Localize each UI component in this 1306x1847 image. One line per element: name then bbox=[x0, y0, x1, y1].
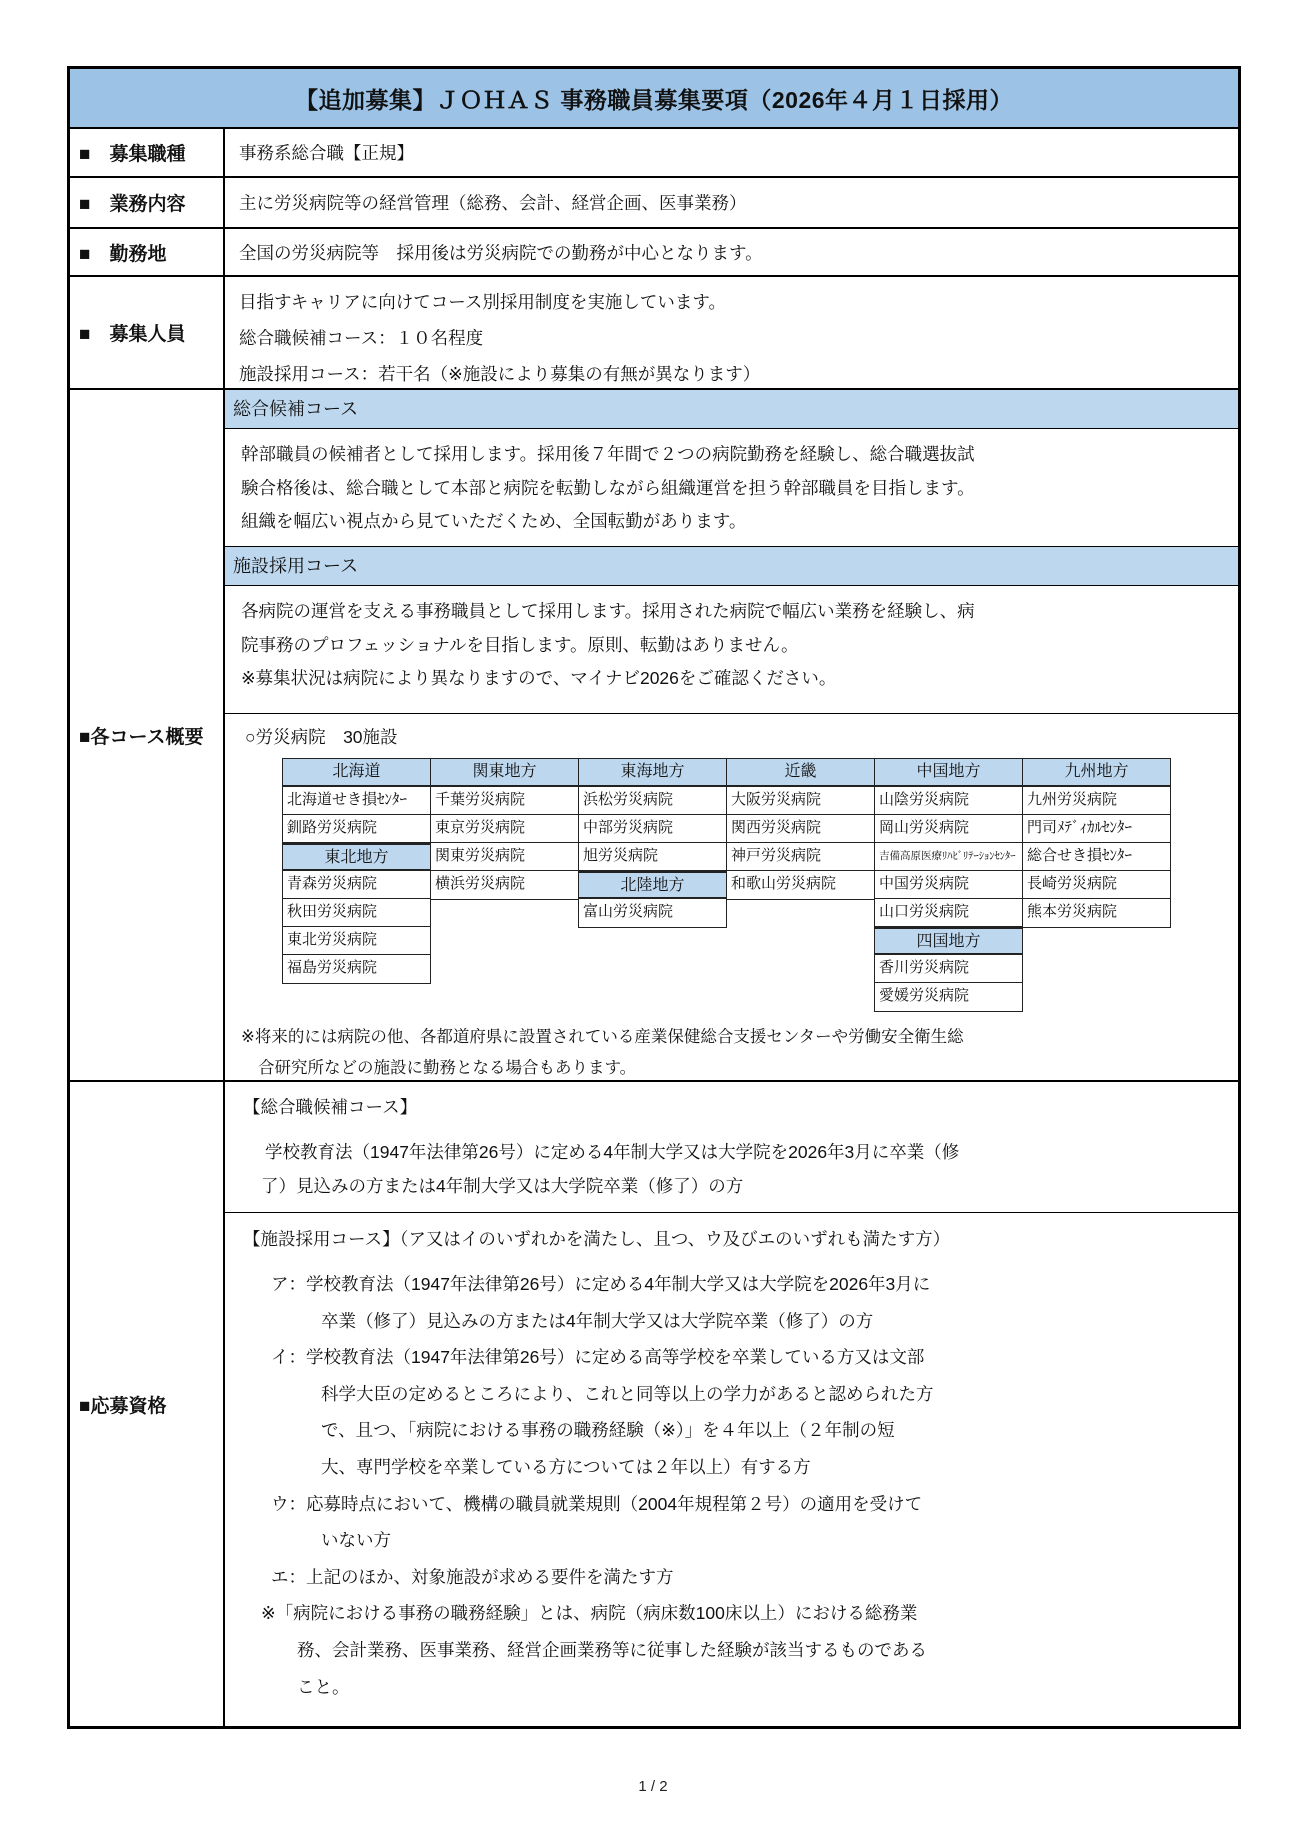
hospital-section: ○労災病院 30施設 北海道北海道せき損ｾﾝﾀｰ釧路労災病院東北地方青森労災病院… bbox=[225, 714, 1238, 1078]
hospital-cell: 富山労災病院 bbox=[579, 899, 726, 927]
sogo-course-paragraph: 幹部職員の候補者として採用します。採用後７年間で２つの病院勤務を経験し、総合職選… bbox=[225, 429, 1238, 547]
qual-sogo-lines: 学校教育法（1947年法律第26号）に定める4年制大学又は大学院を2026年3月… bbox=[225, 1135, 1238, 1203]
hospital-region-column: 北海道北海道せき損ｾﾝﾀｰ釧路労災病院東北地方青森労災病院秋田労災病院東北労災病… bbox=[282, 758, 431, 984]
qual-item-line: ウ：応募時点において、機構の職員就業規則（2004年規程第２号）の適用を受けて bbox=[225, 1486, 1238, 1523]
value-job-description: 主に労災病院等の経営管理（総務、会計、経営企画、医事業務） bbox=[225, 178, 1238, 227]
hospital-cell: 神戸労災病院 bbox=[727, 843, 874, 871]
qual-sogo-line: 了）見込みの方または4年制大学又は大学院卒業（修了）の方 bbox=[225, 1169, 1238, 1203]
document-title-bar: 【追加募集】ＪＯＨＡＳ 事務職員募集要項（2026年４月１日採用） bbox=[70, 69, 1238, 127]
region-header-cell: 東海地方 bbox=[579, 759, 726, 787]
label-work-location: ■ 勤務地 bbox=[70, 229, 225, 275]
qual-sogo-line: 学校教育法（1947年法律第26号）に定める4年制大学又は大学院を2026年3月… bbox=[225, 1135, 1238, 1169]
qual-sogo-section: 【総合職候補コース】 学校教育法（1947年法律第26号）に定める4年制大学又は… bbox=[225, 1082, 1238, 1213]
qual-item-line: エ：上記のほか、対象施設が求める要件を満たす方 bbox=[225, 1559, 1238, 1596]
hospital-table-caption: ○労災病院 30施設 bbox=[225, 722, 1238, 752]
qual-item-line: こと。 bbox=[225, 1669, 1238, 1706]
sogo-course-band: 総合候補コース bbox=[225, 390, 1238, 429]
shisetsu-course-line: 院事務のプロフェッショナルを目指します。原則、転勤はありません。 bbox=[241, 629, 1238, 663]
qual-item-line: 科学大臣の定めるところにより、これと同等以上の学力があると認められた方 bbox=[225, 1376, 1238, 1413]
qual-item-line: いない方 bbox=[225, 1522, 1238, 1559]
hospital-cell: 横浜労災病院 bbox=[431, 871, 578, 899]
hospital-cell: 北海道せき損ｾﾝﾀｰ bbox=[283, 787, 430, 815]
headcount-line: 目指すキャリアに向けてコース別採用制度を実施しています。 bbox=[225, 284, 1238, 320]
value-job-type: 事務系総合職【正規】 bbox=[225, 129, 1238, 176]
value-headcount: 目指すキャリアに向けてコース別採用制度を実施しています。総合職候補コース：１０名… bbox=[225, 277, 1238, 388]
hospital-cell: 旭労災病院 bbox=[579, 843, 726, 871]
hospital-note-line: ※将来的には病院の他、各都道府県に設置されている産業保健総合支援センターや労働安… bbox=[225, 1022, 1238, 1053]
qual-shisetsu-title: 【施設採用コース】（ア又はイのいずれかを満たし、且つ、ウ及びエのいずれも満たす方… bbox=[225, 1225, 1238, 1253]
qual-item-line: イ：学校教育法（1947年法律第26号）に定める高等学校を卒業している方又は文部 bbox=[225, 1339, 1238, 1376]
label-job-description: ■ 業務内容 bbox=[70, 178, 225, 227]
label-course-overview: ■各コース概要 bbox=[70, 390, 225, 1080]
qual-item-line: ※「病院における事務の職務経験」とは、病院（病床数100床以上）における総務業 bbox=[225, 1595, 1238, 1632]
qual-item-line: 大、専門学校を卒業している方については２年以上）有する方 bbox=[225, 1449, 1238, 1486]
hospital-cell: 関西労災病院 bbox=[727, 815, 874, 843]
hospital-cell: 秋田労災病院 bbox=[283, 899, 430, 927]
hospital-region-column: 関東地方千葉労災病院東京労災病院関東労災病院横浜労災病院 bbox=[430, 758, 579, 900]
row-headcount: ■ 募集人員 目指すキャリアに向けてコース別採用制度を実施しています。総合職候補… bbox=[70, 275, 1238, 388]
hospital-cell: 門司ﾒﾃﾞｨｶﾙｾﾝﾀｰ bbox=[1023, 815, 1170, 843]
page-number: 1 / 2 bbox=[0, 1778, 1306, 1795]
recruitment-notice-table: 【追加募集】ＪＯＨＡＳ 事務職員募集要項（2026年４月１日採用） ■ 募集職種… bbox=[67, 66, 1241, 1729]
hospital-cell: 愛媛労災病院 bbox=[875, 983, 1022, 1011]
region-header-cell: 中国地方 bbox=[875, 759, 1022, 787]
shisetsu-course-line: 各病院の運営を支える事務職員として採用します。採用された病院で幅広い業務を経験し… bbox=[241, 595, 1238, 629]
hospital-cell: 岡山労災病院 bbox=[875, 815, 1022, 843]
row-job-type: ■ 募集職種 事務系総合職【正規】 bbox=[70, 127, 1238, 176]
shisetsu-course-band: 施設採用コース bbox=[225, 547, 1238, 586]
value-work-location: 全国の労災病院等 採用後は労災病院での勤務が中心となります。 bbox=[225, 229, 1238, 275]
qualifications-content: 【総合職候補コース】 学校教育法（1947年法律第26号）に定める4年制大学又は… bbox=[225, 1082, 1238, 1726]
document-title: 【追加募集】ＪＯＨＡＳ 事務職員募集要項（2026年４月１日採用） bbox=[295, 82, 1013, 115]
region-header-cell: 北陸地方 bbox=[579, 871, 726, 899]
qual-item-line: ア：学校教育法（1947年法律第26号）に定める4年制大学又は大学院を2026年… bbox=[225, 1266, 1238, 1303]
hospital-note: ※将来的には病院の他、各都道府県に設置されている産業保健総合支援センターや労働安… bbox=[225, 1022, 1238, 1084]
hospital-table: 北海道北海道せき損ｾﾝﾀｰ釧路労災病院東北地方青森労災病院秋田労災病院東北労災病… bbox=[282, 758, 1238, 1012]
hospital-cell: 吉備高原医療ﾘﾊﾋﾞﾘﾃｰｼｮﾝｾﾝﾀｰ bbox=[875, 843, 1022, 871]
hospital-cell: 香川労災病院 bbox=[875, 955, 1022, 983]
hospital-cell: 長崎労災病院 bbox=[1023, 871, 1170, 899]
sogo-course-line: 組織を幅広い視点から見ていただくため、全国転勤があります。 bbox=[241, 505, 1238, 539]
hospital-cell: 山口労災病院 bbox=[875, 899, 1022, 927]
shisetsu-course-paragraph: 各病院の運営を支える事務職員として採用します。採用された病院で幅広い業務を経験し… bbox=[225, 586, 1238, 714]
region-header-cell: 四国地方 bbox=[875, 927, 1022, 955]
hospital-region-column: 九州地方九州労災病院門司ﾒﾃﾞｨｶﾙｾﾝﾀｰ総合せき損ｾﾝﾀｰ長崎労災病院熊本労… bbox=[1022, 758, 1171, 928]
hospital-cell: 東京労災病院 bbox=[431, 815, 578, 843]
region-header-cell: 東北地方 bbox=[283, 843, 430, 871]
label-headcount: ■ 募集人員 bbox=[70, 277, 225, 388]
qual-shisetsu-section: 【施設採用コース】（ア又はイのいずれかを満たし、且つ、ウ及びエのいずれも満たす方… bbox=[225, 1213, 1238, 1705]
label-qualifications: ■応募資格 bbox=[70, 1082, 225, 1726]
hospital-cell: 大阪労災病院 bbox=[727, 787, 874, 815]
region-header-cell: 北海道 bbox=[283, 759, 430, 787]
hospital-cell: 釧路労災病院 bbox=[283, 815, 430, 843]
headcount-lines: 目指すキャリアに向けてコース別採用制度を実施しています。総合職候補コース：１０名… bbox=[225, 277, 1238, 392]
row-course-overview: ■各コース概要 総合候補コース 幹部職員の候補者として採用します。採用後７年間で… bbox=[70, 388, 1238, 1080]
sogo-course-line: 幹部職員の候補者として採用します。採用後７年間で２つの病院勤務を経験し、総合職選… bbox=[241, 438, 1238, 472]
qual-sogo-title: 【総合職候補コース】 bbox=[225, 1093, 1238, 1121]
row-job-description: ■ 業務内容 主に労災病院等の経営管理（総務、会計、経営企画、医事業務） bbox=[70, 176, 1238, 227]
hospital-cell: 東北労災病院 bbox=[283, 927, 430, 955]
hospital-region-column: 近畿大阪労災病院関西労災病院神戸労災病院和歌山労災病院 bbox=[726, 758, 875, 900]
hospital-note-line: 合研究所などの施設に勤務となる場合もあります。 bbox=[225, 1053, 1238, 1084]
hospital-cell: 熊本労災病院 bbox=[1023, 899, 1170, 927]
headcount-line: 総合職候補コース：１０名程度 bbox=[225, 320, 1238, 356]
hospital-cell: 浜松労災病院 bbox=[579, 787, 726, 815]
hospital-cell: 総合せき損ｾﾝﾀｰ bbox=[1023, 843, 1170, 871]
hospital-cell: 中部労災病院 bbox=[579, 815, 726, 843]
hospital-cell: 関東労災病院 bbox=[431, 843, 578, 871]
hospital-cell: 九州労災病院 bbox=[1023, 787, 1170, 815]
course-overview-content: 総合候補コース 幹部職員の候補者として採用します。採用後７年間で２つの病院勤務を… bbox=[225, 390, 1238, 1080]
hospital-cell: 中国労災病院 bbox=[875, 871, 1022, 899]
label-job-type: ■ 募集職種 bbox=[70, 129, 225, 176]
hospital-cell: 千葉労災病院 bbox=[431, 787, 578, 815]
hospital-cell: 和歌山労災病院 bbox=[727, 871, 874, 899]
shisetsu-course-line: ※募集状況は病院により異なりますので、マイナビ2026をご確認ください。 bbox=[241, 662, 1238, 696]
hospital-cell: 福島労災病院 bbox=[283, 955, 430, 983]
hospital-region-column: 東海地方浜松労災病院中部労災病院旭労災病院北陸地方富山労災病院 bbox=[578, 758, 727, 928]
headcount-line: 施設採用コース：若干名（※施設により募集の有無が異なります） bbox=[225, 356, 1238, 392]
hospital-region-column: 中国地方山陰労災病院岡山労災病院吉備高原医療ﾘﾊﾋﾞﾘﾃｰｼｮﾝｾﾝﾀｰ中国労災… bbox=[874, 758, 1023, 1012]
qual-shisetsu-items: ア：学校教育法（1947年法律第26号）に定める4年制大学又は大学院を2026年… bbox=[225, 1266, 1238, 1705]
row-qualifications: ■応募資格 【総合職候補コース】 学校教育法（1947年法律第26号）に定める4… bbox=[70, 1080, 1238, 1726]
hospital-cell: 青森労災病院 bbox=[283, 871, 430, 899]
sogo-course-line: 験合格後は、総合職として本部と病院を転勤しながら組織運営を担う幹部職員を目指しま… bbox=[241, 472, 1238, 506]
qual-item-line: 卒業（修了）見込みの方または4年制大学又は大学院卒業（修了）の方 bbox=[225, 1303, 1238, 1340]
region-header-cell: 関東地方 bbox=[431, 759, 578, 787]
qual-item-line: 務、会計業務、医事業務、経営企画業務等に従事した経験が該当するものである bbox=[225, 1632, 1238, 1669]
hospital-cell: 山陰労災病院 bbox=[875, 787, 1022, 815]
region-header-cell: 近畿 bbox=[727, 759, 874, 787]
region-header-cell: 九州地方 bbox=[1023, 759, 1170, 787]
row-work-location: ■ 勤務地 全国の労災病院等 採用後は労災病院での勤務が中心となります。 bbox=[70, 227, 1238, 275]
qual-item-line: で、且つ、「病院における事務の職務経験（※）」を４年以上（２年制の短 bbox=[225, 1412, 1238, 1449]
